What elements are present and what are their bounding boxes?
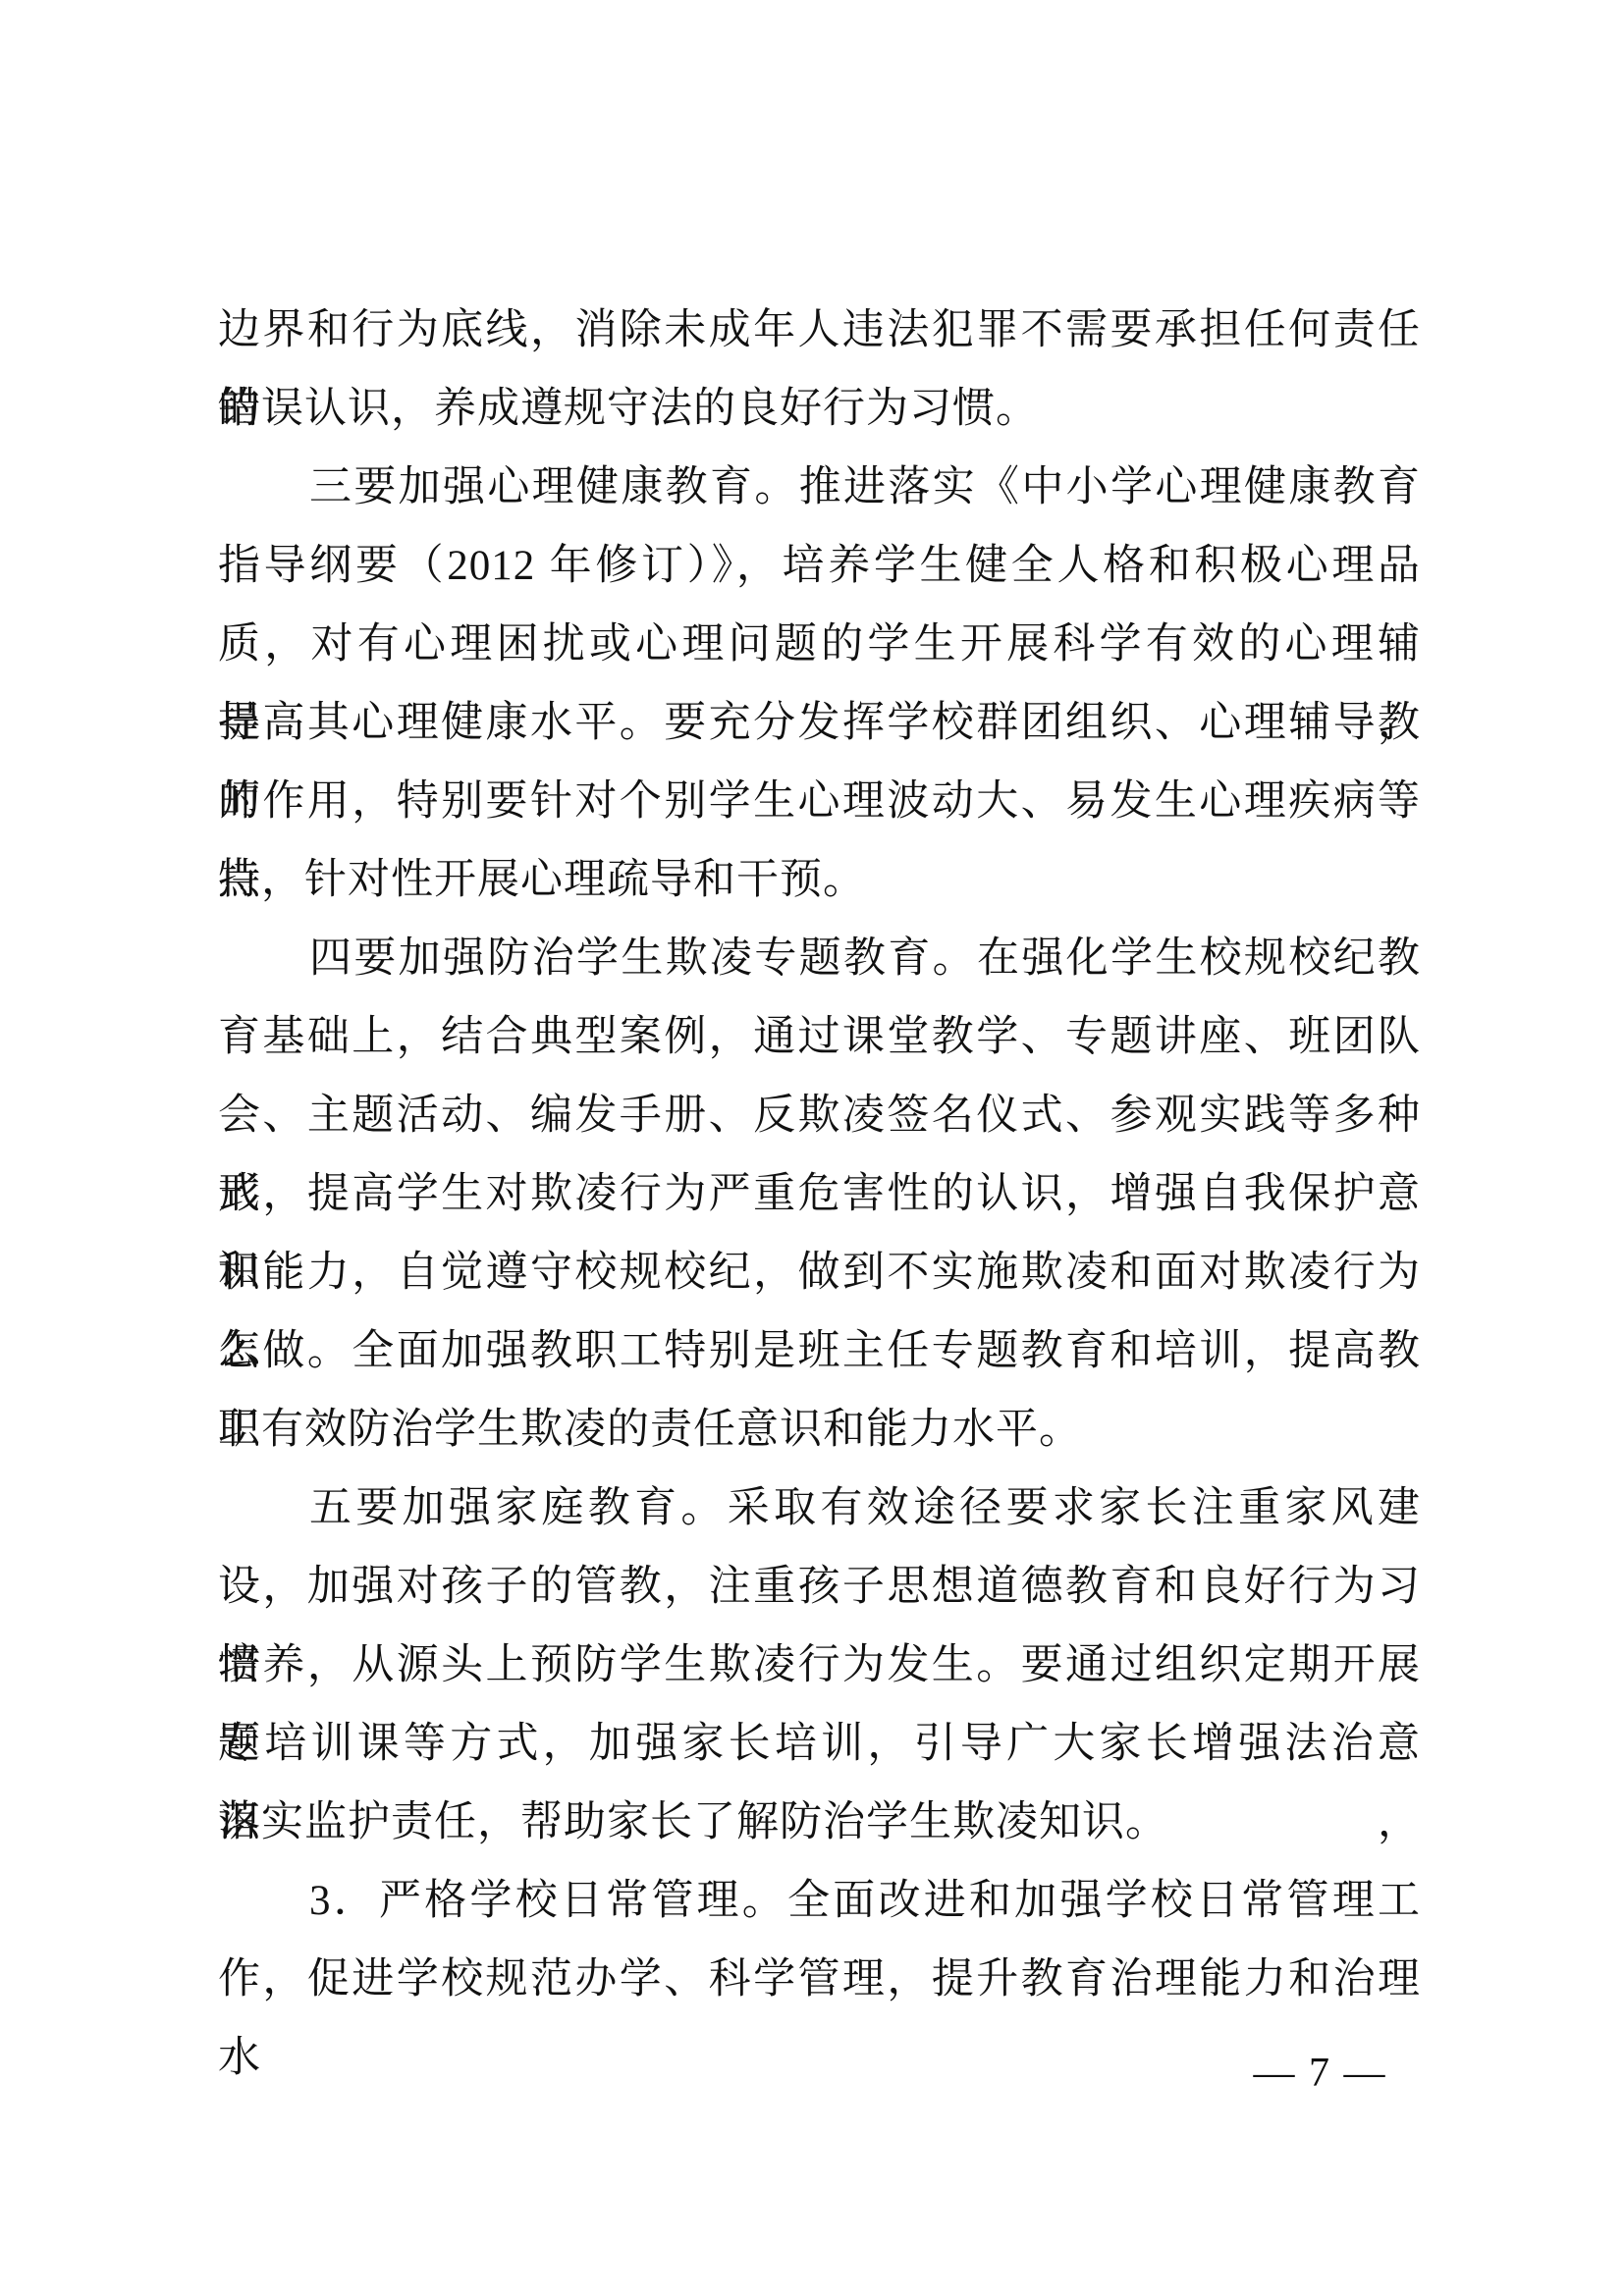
text-line: 么做。全面加强教职工特别是班主任专题教育和培训，提高教职 — [218, 1312, 1421, 1391]
text-line: 错误认识，养成遵规守法的良好行为习惯。 — [218, 370, 1421, 449]
page-number: — 7 — — [1249, 2044, 1391, 2103]
text-line: 作，促进学校规范办学、科学管理，提升教育治理能力和治理水 — [218, 1941, 1421, 2019]
text-line: 的作用，特别要针对个别学生心理波动大、易发生心理疾病等特 — [218, 763, 1421, 841]
text-line: 3．严格学校日常管理。全面改进和加强学校日常管理工 — [218, 1862, 1421, 1941]
document-body: 边界和行为底线，消除未成年人违法犯罪不需要承担任何责任的错误认识，养成遵规守法的… — [218, 292, 1421, 2019]
text-line: 和能力，自觉遵守校规校纪，做到不实施欺凌和面对欺凌行为怎 — [218, 1234, 1421, 1312]
text-line: 点，针对性开展心理疏导和干预。 — [218, 841, 1421, 920]
text-line: 五要加强家庭教育。采取有效途径要求家长注重家风建 — [218, 1469, 1421, 1548]
text-line: 育基础上，结合典型案例，通过课堂教学、专题讲座、班团队 — [218, 998, 1421, 1077]
text-line: 会、主题活动、编发手册、反欺凌签名仪式、参观实践等多种形 — [218, 1077, 1421, 1155]
text-line: 题培训课等方式，加强家长培训，引导广大家长增强法治意识， — [218, 1705, 1421, 1784]
text-line: 四要加强防治学生欺凌专题教育。在强化学生校规校纪教 — [218, 920, 1421, 998]
text-line: 工有效防治学生欺凌的责任意识和能力水平。 — [218, 1391, 1421, 1469]
text-line: 边界和行为底线，消除未成年人违法犯罪不需要承担任何责任的 — [218, 292, 1421, 370]
text-line: 式，提高学生对欺凌行为严重危害性的认识，增强自我保护意识 — [218, 1155, 1421, 1234]
text-line: 设，加强对孩子的管教，注重孩子思想道德教育和良好行为习惯 — [218, 1548, 1421, 1627]
document-page: 边界和行为底线，消除未成年人违法犯罪不需要承担任何责任的错误认识，养成遵规守法的… — [0, 0, 1624, 2296]
text-line: 指导纲要（2012 年修订）》，培养学生健全人格和积极心理品 — [218, 527, 1421, 606]
text-line: 培养，从源头上预防学生欺凌行为发生。要通过组织定期开展专 — [218, 1627, 1421, 1705]
text-line: 提高其心理健康水平。要充分发挥学校群团组织、心理辅导教师 — [218, 684, 1421, 763]
text-line: 三要加强心理健康教育。推进落实《中小学心理健康教育 — [218, 449, 1421, 527]
text-line: 质，对有心理困扰或心理问题的学生开展科学有效的心理辅导， — [218, 606, 1421, 684]
